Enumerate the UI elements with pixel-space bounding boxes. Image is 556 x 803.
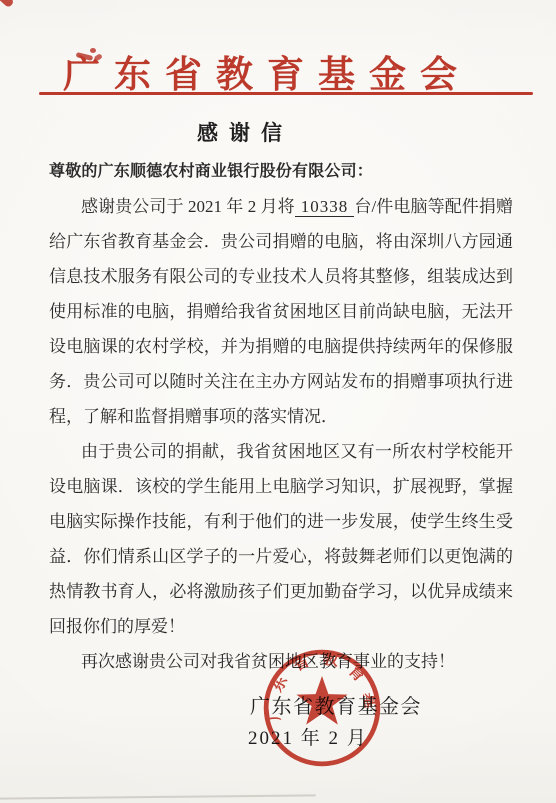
- body-line: 给广东省教育基金会．贵公司捐赠的电脑，将由深圳八方园通: [49, 224, 513, 259]
- letterhead-rule: [39, 92, 533, 95]
- body-line: 信息技术服务有限公司的专业技术人员将其整修，组装成达到: [49, 259, 513, 294]
- body-line-donation: 感谢贵公司于 2021 年 2 月将10338台/件电脑等配件捐赠: [49, 189, 513, 224]
- signature-org-name: 广东省教育基金会: [250, 690, 422, 719]
- red-ink-artifact-corner: [0, 0, 15, 8]
- donation-text-post: 台/件电脑等配件捐赠: [354, 197, 513, 216]
- body-line: 务．贵公司可以随时关注在主办方网站发布的捐赠事项执行进: [49, 364, 513, 399]
- body-line: 益．你们情系山区学子的一片爱心，将鼓舞老师们以更饱满的: [49, 539, 513, 574]
- body-line: 由于贵公司的捐献，我省贫困地区又有一所农村学校能开: [49, 434, 513, 469]
- donation-text-pre: 感谢贵公司于 2021 年 2 月将: [81, 197, 295, 216]
- closing-thanks-line: 再次感谢贵公司对我省贫困地区教育事业的支持！: [49, 644, 513, 679]
- scanned-letter-page: 广东省教育基金会 感谢信 尊敬的广东顺德农村商业银行股份有限公司： 感谢贵公司于…: [0, 0, 556, 803]
- letter-date: 2021 年 2 月: [248, 723, 368, 750]
- body-line: 使用标准的电脑，捐赠给我省贫困地区目前尚缺电脑，无法开: [49, 294, 513, 329]
- paper-edge-shadow: [0, 794, 316, 799]
- body-line: 程，了解和监督捐赠事项的落实情况．: [49, 399, 513, 434]
- body-line: 设电脑课．该校的学生能用上电脑学习知识，扩展视野，掌握: [49, 469, 513, 504]
- body-line: 电脑实际操作技能，有利于他们的进一步发展，使学生终生受: [49, 504, 513, 539]
- letter-title: 感谢信: [0, 117, 523, 147]
- body-line: 设电脑课的农村学校，并为捐赠的电脑提供持续两年的保修服: [49, 329, 513, 364]
- organization-letterhead: 广东省教育基金会: [0, 44, 545, 98]
- body-line: 回报你们的厚爱！: [49, 609, 513, 644]
- greeting-line: 尊敬的广东顺德农村商业银行股份有限公司：: [49, 154, 513, 189]
- donation-quantity-underlined: 10338: [295, 197, 355, 217]
- letter-body: 尊敬的广东顺德农村商业银行股份有限公司： 感谢贵公司于 2021 年 2 月将1…: [49, 154, 513, 679]
- body-line: 热情教书育人，必将激励孩子们更加勤奋学习，以优异成绩来: [49, 574, 513, 609]
